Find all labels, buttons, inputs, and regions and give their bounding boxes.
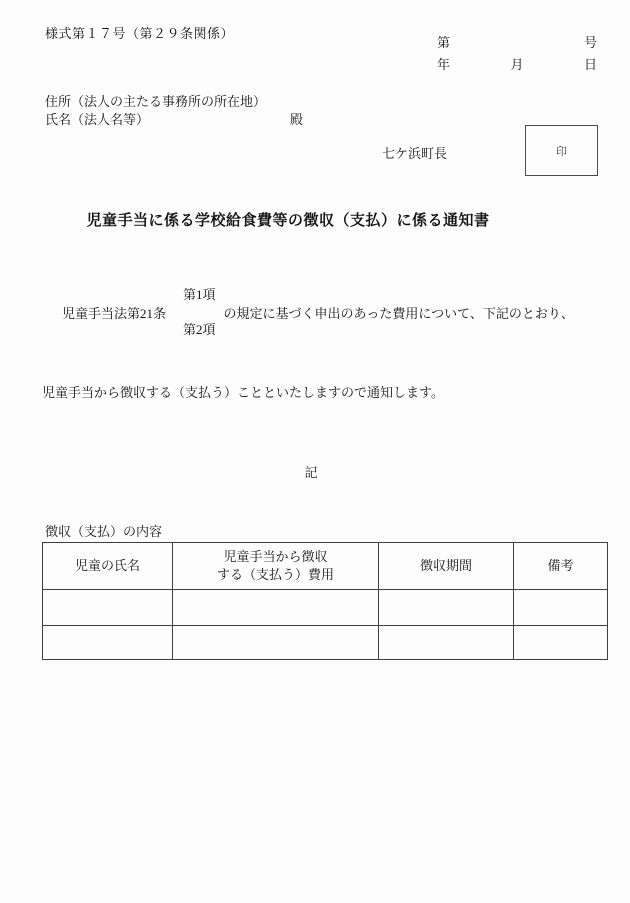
recipient-honorific: 殿	[290, 109, 303, 128]
notification-form-page: 様式第１７号（第２９条関係） 第 号 年 月 日 住所（法人の主たる事務所の所在…	[0, 0, 630, 903]
table-cell-empty	[43, 626, 173, 660]
seal-label: 印	[556, 143, 567, 159]
table-cell-empty	[379, 590, 514, 626]
form-number: 様式第１７号（第２９条関係）	[45, 23, 234, 42]
doc-number-prefix: 第	[437, 35, 450, 51]
law-clause-suffix: の規定に基づく申出のあった費用について、下記のとおり、	[224, 303, 574, 322]
law-clause-item-1: 第1項	[183, 288, 216, 302]
law-clause-item-2: 第2項	[183, 323, 216, 337]
seal-box: 印	[525, 125, 598, 176]
law-reference-line: 児童手当法第21条 第1項 第2項 の規定に基づく申出のあった費用について、下記…	[62, 288, 574, 337]
table-cell-empty	[43, 590, 173, 626]
law-clause-prefix: 児童手当法第21条	[62, 303, 166, 322]
table-header-child-name: 児童の氏名	[43, 543, 173, 590]
ki-heading: 記	[0, 462, 622, 481]
table-row	[43, 626, 608, 660]
date-month-label: 月	[510, 57, 523, 73]
table-header-row: 児童の氏名 児童手当から徴収 する（支払う）費用 徴収期間 備考	[43, 543, 608, 590]
doc-number-suffix: 号	[584, 35, 597, 51]
table-header-collection-period: 徴収期間	[379, 543, 514, 590]
date-day-label: 日	[584, 57, 597, 73]
recipient-name-label: 氏名（法人名等）	[45, 109, 149, 128]
document-title: 児童手当に係る学校給食費等の徴収（支払）に係る通知書	[0, 209, 576, 230]
table-cell-empty	[379, 626, 514, 660]
doc-number-block: 第 号 年 月 日	[437, 35, 597, 73]
table-caption: 徴収（支払）の内容	[45, 521, 162, 540]
sender-mayor-title: 七ケ浜町長	[382, 143, 447, 162]
law-clause-items: 第1項 第2項	[183, 288, 216, 337]
notification-sentence: 児童手当から徴収する（支払う）ことといたしますので通知します。	[42, 382, 444, 401]
table-cell-empty	[173, 626, 379, 660]
doc-number-line: 第 号	[437, 35, 597, 51]
date-year-label: 年	[437, 57, 450, 73]
table-header-remarks: 備考	[514, 543, 608, 590]
date-line: 年 月 日	[437, 57, 597, 73]
table-cell-empty	[514, 626, 608, 660]
table-header-fee: 児童手当から徴収 する（支払う）費用	[173, 543, 379, 590]
table-cell-empty	[514, 590, 608, 626]
table-cell-empty	[173, 590, 379, 626]
recipient-address-label: 住所（法人の主たる事務所の所在地）	[45, 91, 266, 110]
fee-table: 児童の氏名 児童手当から徴収 する（支払う）費用 徴収期間 備考	[42, 542, 608, 660]
table-row	[43, 590, 608, 626]
